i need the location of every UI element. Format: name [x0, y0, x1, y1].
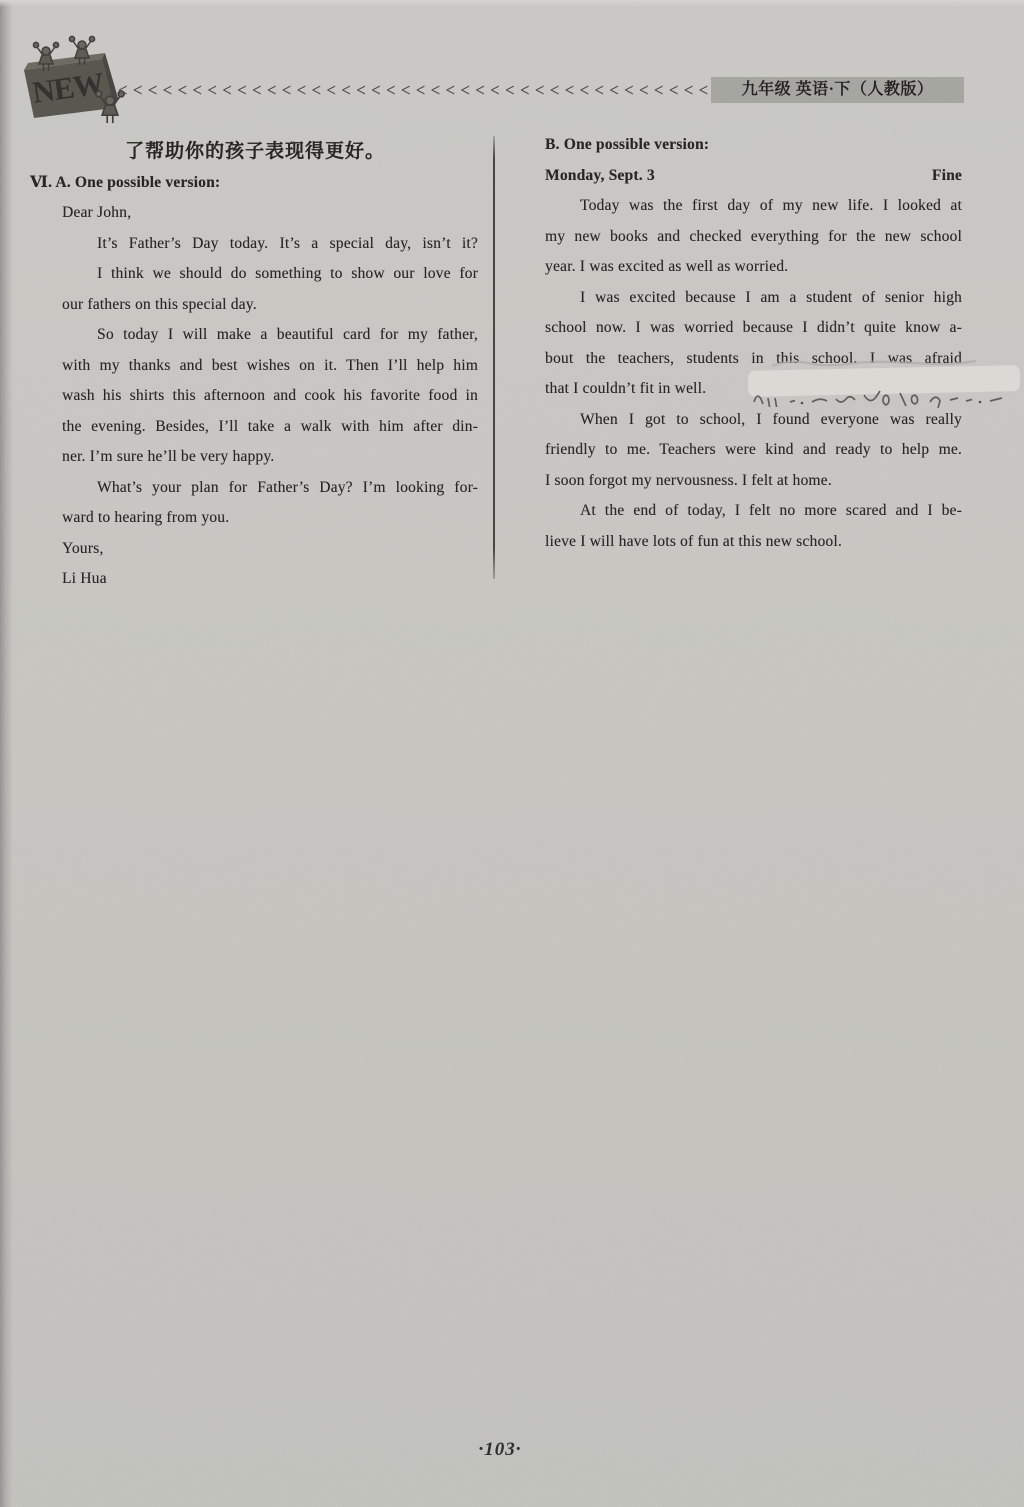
- text-line: At the end of today, I felt no more scar…: [580, 496, 962, 527]
- text-line: I soon forgot my nervousness. I felt at …: [545, 466, 962, 497]
- page-number: ·103·: [452, 1436, 548, 1464]
- text-line: So today I will make a beautiful card fo…: [97, 320, 478, 351]
- text-line: year. I was excited as well as worried.: [545, 252, 962, 283]
- text-line: Today was the first day of my new life. …: [580, 191, 962, 222]
- line-left-text: Monday, Sept. 3: [545, 161, 655, 192]
- text-line: lieve I will have lots of fun at this ne…: [545, 527, 962, 558]
- scan-edge-shadow: [0, 0, 13, 1507]
- text-line: ward to hearing from you.: [62, 503, 478, 534]
- scan-top-edge: [0, 0, 1024, 7]
- text-line: Dear John,: [62, 198, 478, 229]
- text-line: Li Hua: [62, 564, 478, 595]
- handwriting-scribble: [728, 352, 1024, 412]
- text-line: I think we should do something to show o…: [97, 259, 478, 290]
- text-line: with my thanks and best wishes on it. Th…: [62, 351, 478, 382]
- text-line: ner. I’m sure he’ll be very happy.: [62, 442, 478, 473]
- column-divider-line: [493, 136, 495, 579]
- decorative-arrow-rule: <<<<<<<<<<<<<<<<<<<<<<<<<<<<<<<<<<<<<<<<: [118, 77, 714, 104]
- left-column: 了帮助你的孩子表现得更好。Ⅵ. A. One possible version:…: [30, 137, 478, 595]
- text-line: the evening. Besides, I’ll take a walk w…: [62, 412, 478, 443]
- text-line: Monday, Sept. 3Fine: [545, 161, 962, 192]
- text-line: my new books and checked everything for …: [545, 222, 962, 253]
- line-right-text: Fine: [932, 161, 962, 192]
- whiteout-patch: [748, 365, 1020, 397]
- new-logo-icon: NEW: [12, 32, 134, 134]
- text-line: our fathers on this special day.: [62, 290, 478, 321]
- text-line: school now. I was worried because I didn…: [545, 313, 962, 344]
- text-line: wash his shirts this afternoon and cook …: [62, 381, 478, 412]
- right-column: B. One possible version:Monday, Sept. 3F…: [545, 130, 962, 557]
- text-line: It’s Father’s Day today. It’s a special …: [97, 229, 478, 260]
- text-line: Ⅵ. A. One possible version:: [30, 168, 478, 199]
- edition-label: 九年级 英语·下（人教版）: [711, 77, 964, 103]
- text-line: B. One possible version:: [545, 130, 962, 161]
- text-line: Yours,: [62, 534, 478, 565]
- text-line: I was excited because I am a student of …: [580, 283, 962, 314]
- text-line: 了帮助你的孩子表现得更好。: [125, 137, 478, 168]
- text-line: friendly to me. Teachers were kind and r…: [545, 435, 962, 466]
- scanned-workbook-page: NEW <<<<<<<<<<<<<<<<<<<<<<<<<<<<<<<<<<<<…: [0, 0, 1024, 1507]
- text-line: What’s your plan for Father’s Day? I’m l…: [97, 473, 478, 504]
